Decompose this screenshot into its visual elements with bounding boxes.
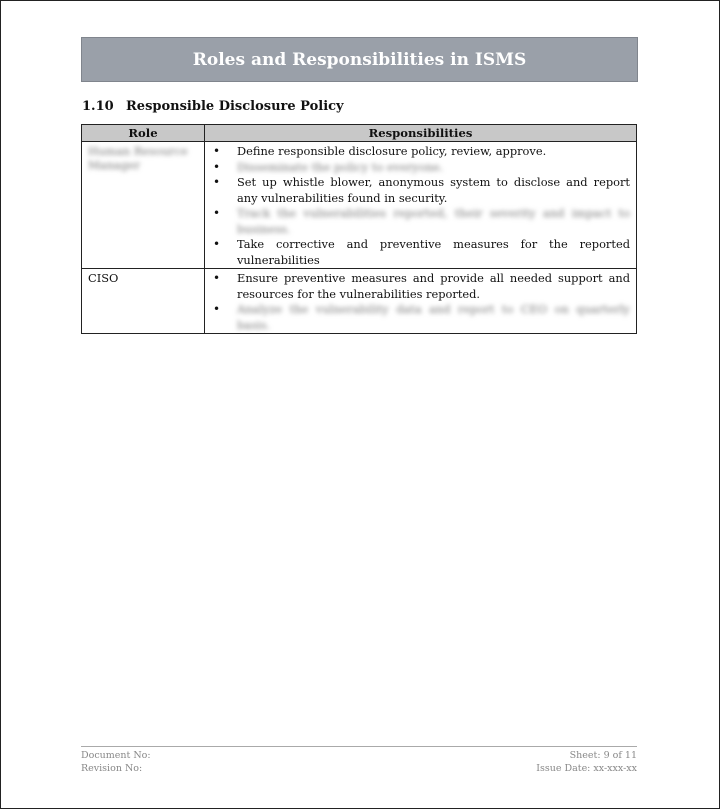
column-header-responsibilities: Responsibilities — [205, 125, 637, 142]
responsibilities-cell: Ensure preventive measures and provide a… — [205, 269, 637, 334]
responsibility-item: Ensure preventive measures and provide a… — [211, 271, 630, 302]
responsibility-item: Define responsible disclosure policy, re… — [211, 144, 630, 160]
responsibilities-table: Role Responsibilities Human Resource Man… — [81, 124, 637, 334]
role-name: CISO — [88, 271, 118, 285]
responsibility-text: Ensure preventive measures and provide a… — [237, 271, 630, 301]
responsibility-text: Analyze the vulnerability data and repor… — [237, 302, 630, 332]
issue-date: Issue Date: xx-xxx-xx — [536, 762, 637, 775]
responsibility-list: Ensure preventive measures and provide a… — [211, 271, 630, 333]
responsibility-item: Disseminate the policy to everyone. — [211, 160, 630, 176]
page-border — [0, 0, 720, 809]
responsibility-item: Analyze the vulnerability data and repor… — [211, 302, 630, 333]
section-number: 1.10 — [82, 99, 126, 114]
role-cell: Human Resource Manager — [82, 142, 205, 269]
section-title: Responsible Disclosure Policy — [126, 99, 344, 114]
responsibility-text: Set up whistle blower, anonymous system … — [237, 175, 630, 205]
footer-divider — [81, 746, 637, 747]
role-name: Human Resource Manager — [88, 144, 188, 172]
responsibility-item: Take corrective and preventive measures … — [211, 237, 630, 268]
responsibility-text: Track the vulnerabilities reported, thei… — [237, 206, 630, 236]
responsibility-item: Track the vulnerabilities reported, thei… — [211, 206, 630, 237]
role-cell: CISO — [82, 269, 205, 334]
title-banner: Roles and Responsibilities in ISMS — [81, 37, 638, 82]
revision-number-label: Revision No: — [81, 762, 151, 775]
section-heading: 1.10Responsible Disclosure Policy — [82, 99, 344, 114]
table-header-row: Role Responsibilities — [82, 125, 637, 142]
responsibilities-cell: Define responsible disclosure policy, re… — [205, 142, 637, 269]
page-title: Roles and Responsibilities in ISMS — [193, 50, 526, 70]
responsibility-list: Define responsible disclosure policy, re… — [211, 144, 630, 268]
responsibility-text: Disseminate the policy to everyone. — [237, 160, 443, 174]
document-number-label: Document No: — [81, 749, 151, 762]
responsibility-item: Set up whistle blower, anonymous system … — [211, 175, 630, 206]
sheet-number: Sheet: 9 of 11 — [536, 749, 637, 762]
responsibility-text: Take corrective and preventive measures … — [237, 237, 630, 267]
table-row: CISOEnsure preventive measures and provi… — [82, 269, 637, 334]
responsibility-text: Define responsible disclosure policy, re… — [237, 144, 546, 158]
table-row: Human Resource ManagerDefine responsible… — [82, 142, 637, 269]
column-header-role: Role — [82, 125, 205, 142]
